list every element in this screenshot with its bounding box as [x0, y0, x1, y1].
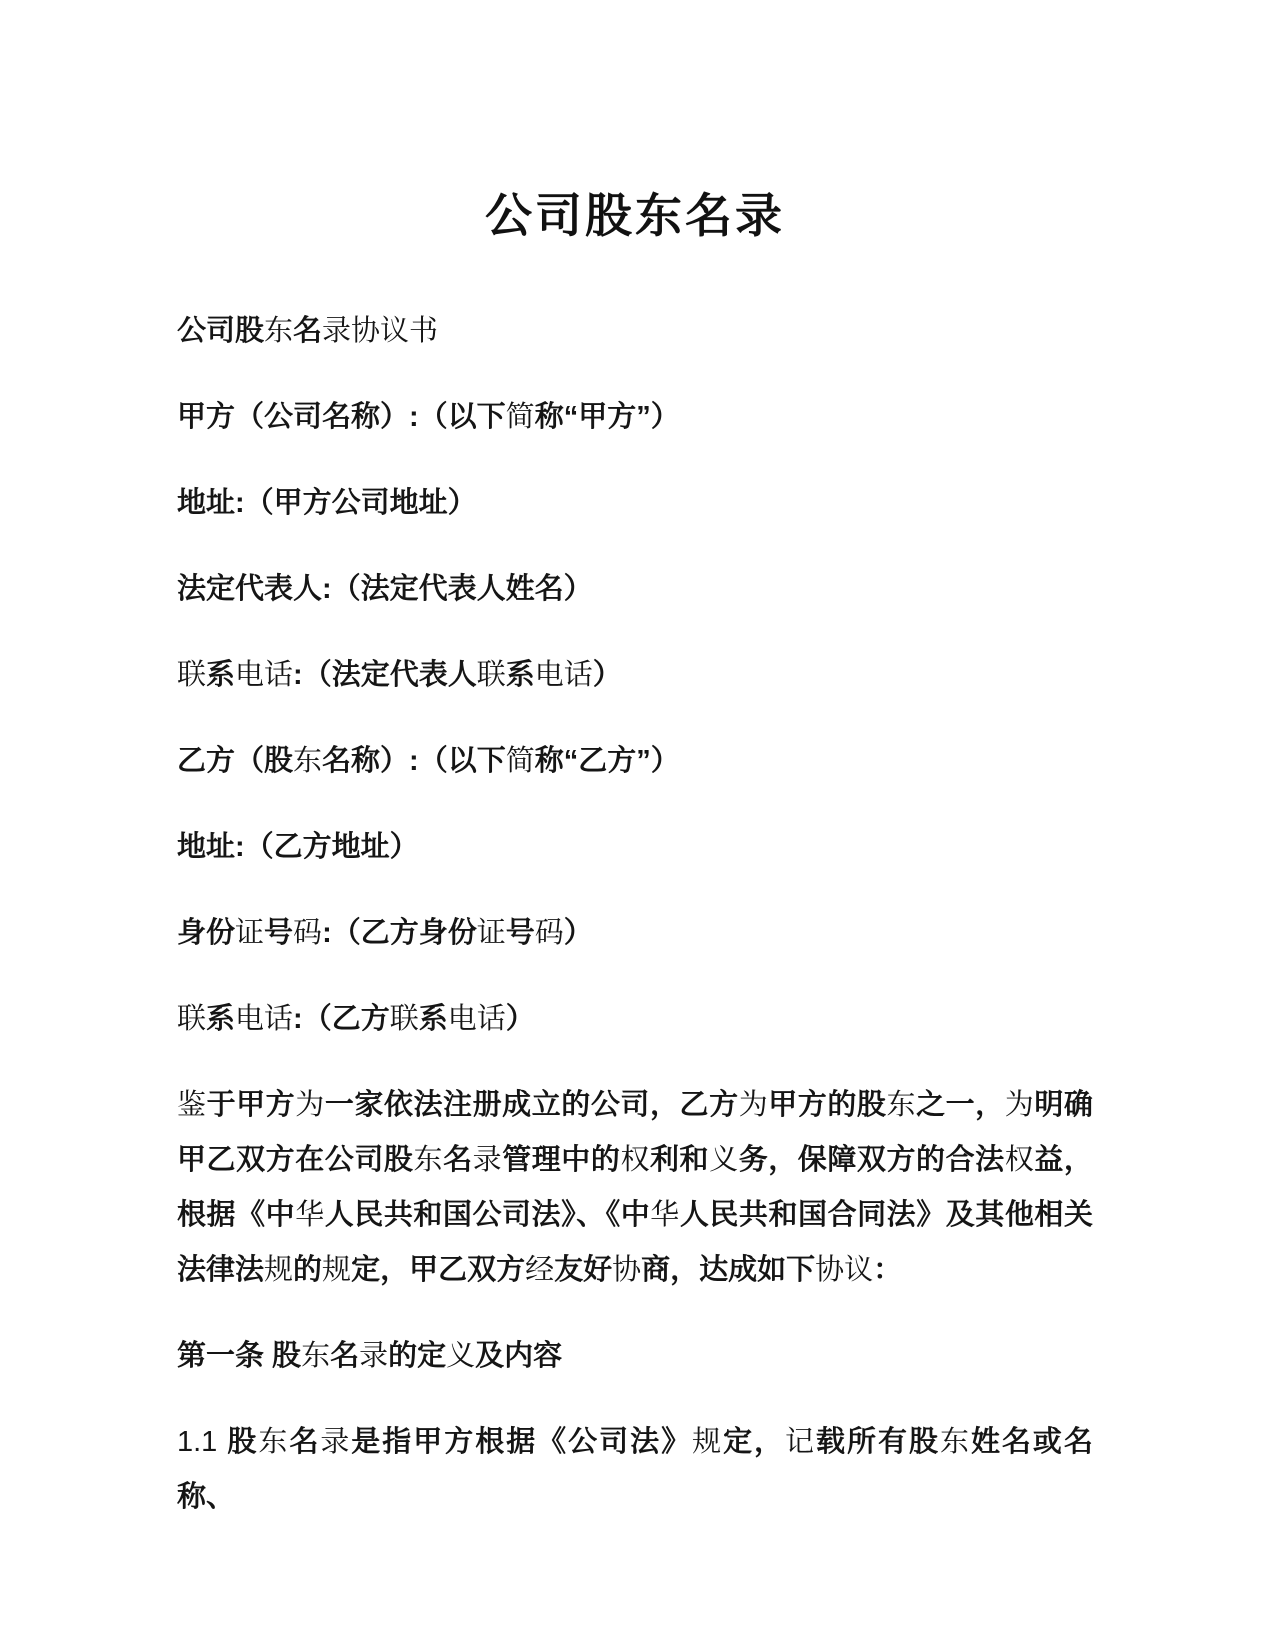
text-segment: 东	[301, 1340, 330, 1372]
text-segment: 规	[692, 1426, 723, 1458]
text-segment: 定，甲乙双方	[351, 1254, 525, 1286]
text-segment: 录	[320, 1426, 351, 1458]
preamble: 鉴于甲方为一家依法注册成立的公司，乙方为甲方的股东之一，为明确甲乙双方在公司股东…	[177, 1078, 1093, 1298]
text-segment: ）	[506, 1003, 535, 1035]
text-segment: 义	[709, 1144, 739, 1176]
text-segment: 名	[443, 1144, 473, 1176]
text-segment: 码	[293, 917, 322, 949]
text-segment: 联	[390, 1003, 419, 1035]
text-segment: :（乙方身份	[322, 917, 477, 949]
text-segment: 东	[940, 1426, 971, 1458]
text-segment: :（乙方	[293, 1003, 390, 1035]
text-segment: 的	[293, 1254, 322, 1286]
party-b-id-number: 身份证号码:（乙方身份证号码）	[177, 906, 1093, 961]
text-segment: 电话	[235, 1003, 293, 1035]
text-segment: 东	[887, 1089, 917, 1121]
text-segment: 名	[293, 315, 322, 347]
text-segment: 务，保障双方的合法	[739, 1144, 1005, 1176]
text-segment: :（法定代表人	[293, 659, 477, 691]
text-segment: 系	[419, 1003, 448, 1035]
text-segment: 东	[258, 1426, 289, 1458]
clause-1-1: 1.1 股东名录是指甲方根据《公司法》规定，记载所有股东姓名或名称、	[177, 1415, 1093, 1525]
text-segment: 第一条 股	[177, 1340, 301, 1372]
text-segment: 名	[330, 1340, 359, 1372]
text-segment: 华	[295, 1199, 325, 1231]
text-segment: 载所有股	[816, 1426, 940, 1458]
text-segment: 简	[506, 401, 535, 433]
text-segment: 联	[177, 659, 206, 691]
text-segment: 为	[739, 1089, 769, 1121]
party-b-title: 乙方（股东名称）:（以下简称“乙方”）	[177, 734, 1093, 789]
text-segment: 为	[295, 1089, 325, 1121]
text-segment: 记	[785, 1426, 816, 1458]
text-segment: 系	[506, 659, 535, 691]
party-a-phone: 联系电话:（法定代表人联系电话）	[177, 648, 1093, 703]
party-b-phone: 联系电话:（乙方联系电话）	[177, 992, 1093, 1047]
text-segment: 名称）:（以下	[322, 745, 506, 777]
text-segment: 一家依法注册成立的公司，乙方	[325, 1089, 739, 1121]
party-a-representative: 法定代表人:（法定代表人姓名）	[177, 562, 1093, 617]
text-segment: 经	[525, 1254, 554, 1286]
text-segment: 1.1	[177, 1426, 227, 1458]
text-segment: 友好	[554, 1254, 612, 1286]
text-segment: 身份	[177, 917, 235, 949]
text-segment: 码	[535, 917, 564, 949]
text-segment: 定，	[723, 1426, 785, 1458]
text-segment: 证	[235, 917, 264, 949]
text-segment: 录	[473, 1144, 503, 1176]
document-title: 公司股东名录	[177, 186, 1093, 248]
text-segment: 为	[1005, 1089, 1035, 1121]
text-segment: 利和	[650, 1144, 709, 1176]
text-segment: 协	[612, 1254, 641, 1286]
text-segment: 商，达成如下	[641, 1254, 815, 1286]
text-segment: 规	[322, 1254, 351, 1286]
text-segment: 东	[293, 745, 322, 777]
text-segment: 录	[359, 1340, 388, 1372]
text-segment: 甲方的股	[768, 1089, 886, 1121]
text-segment: 权	[1005, 1144, 1035, 1176]
text-segment: 证	[477, 917, 506, 949]
text-segment: 管理中的	[502, 1144, 620, 1176]
text-segment: 地址:（甲方公司地址）	[177, 487, 477, 519]
text-segment: 联	[477, 659, 506, 691]
text-segment: 于甲方	[207, 1089, 296, 1121]
text-segment: 电话	[448, 1003, 506, 1035]
text-segment: 系	[206, 1003, 235, 1035]
text-segment: 规	[264, 1254, 293, 1286]
text-segment: 甲方（公司名称）:（以下	[177, 401, 506, 433]
text-segment: 股	[227, 1426, 258, 1458]
document-page: 公司股东名录 公司股东名录协议书甲方（公司名称）:（以下简称“甲方”）地址:（甲…	[0, 0, 1275, 1650]
doc-subtitle: 公司股东名录协议书	[177, 304, 1093, 359]
text-segment: 录协议书	[322, 315, 438, 347]
text-segment: 电话	[535, 659, 593, 691]
text-segment: 法定代表人:（法定代表人姓名）	[177, 573, 593, 605]
text-segment: 及内容	[475, 1340, 562, 1372]
text-segment: 鉴	[177, 1089, 207, 1121]
text-segment: 人民共和国公司法》、《中	[325, 1199, 651, 1231]
text-segment: ）	[593, 659, 622, 691]
party-b-address: 地址:（乙方地址）	[177, 820, 1093, 875]
text-segment: 华	[650, 1199, 680, 1231]
text-segment: 称“甲方”）	[535, 401, 680, 433]
party-a-address: 地址:（甲方公司地址）	[177, 476, 1093, 531]
text-segment: 之一，	[916, 1089, 1005, 1121]
text-segment: 地址:（乙方地址）	[177, 831, 419, 863]
text-segment: 号	[506, 917, 535, 949]
text-segment: ）	[564, 917, 593, 949]
text-segment: 公司股	[177, 315, 264, 347]
party-a-title: 甲方（公司名称）:（以下简称“甲方”）	[177, 390, 1093, 445]
text-segment: 的定	[388, 1340, 446, 1372]
text-segment: 称“乙方”）	[535, 745, 680, 777]
text-segment: 东	[264, 315, 293, 347]
text-segment: 协议	[815, 1254, 873, 1286]
text-segment: 电话	[235, 659, 293, 691]
text-segment: 是指甲方根据《公司法》	[351, 1426, 692, 1458]
article-1-heading: 第一条 股东名录的定义及内容	[177, 1329, 1093, 1384]
text-segment: ：	[873, 1254, 902, 1286]
text-segment: 乙方（股	[177, 745, 293, 777]
text-segment: 系	[206, 659, 235, 691]
text-segment: 号	[264, 917, 293, 949]
text-segment: 简	[506, 745, 535, 777]
text-segment: 名	[289, 1426, 320, 1458]
text-segment: 权	[620, 1144, 650, 1176]
text-segment: 联	[177, 1003, 206, 1035]
text-segment: 东	[414, 1144, 444, 1176]
text-segment: 义	[446, 1340, 475, 1372]
document-body: 公司股东名录协议书甲方（公司名称）:（以下简称“甲方”）地址:（甲方公司地址）法…	[177, 304, 1093, 1525]
